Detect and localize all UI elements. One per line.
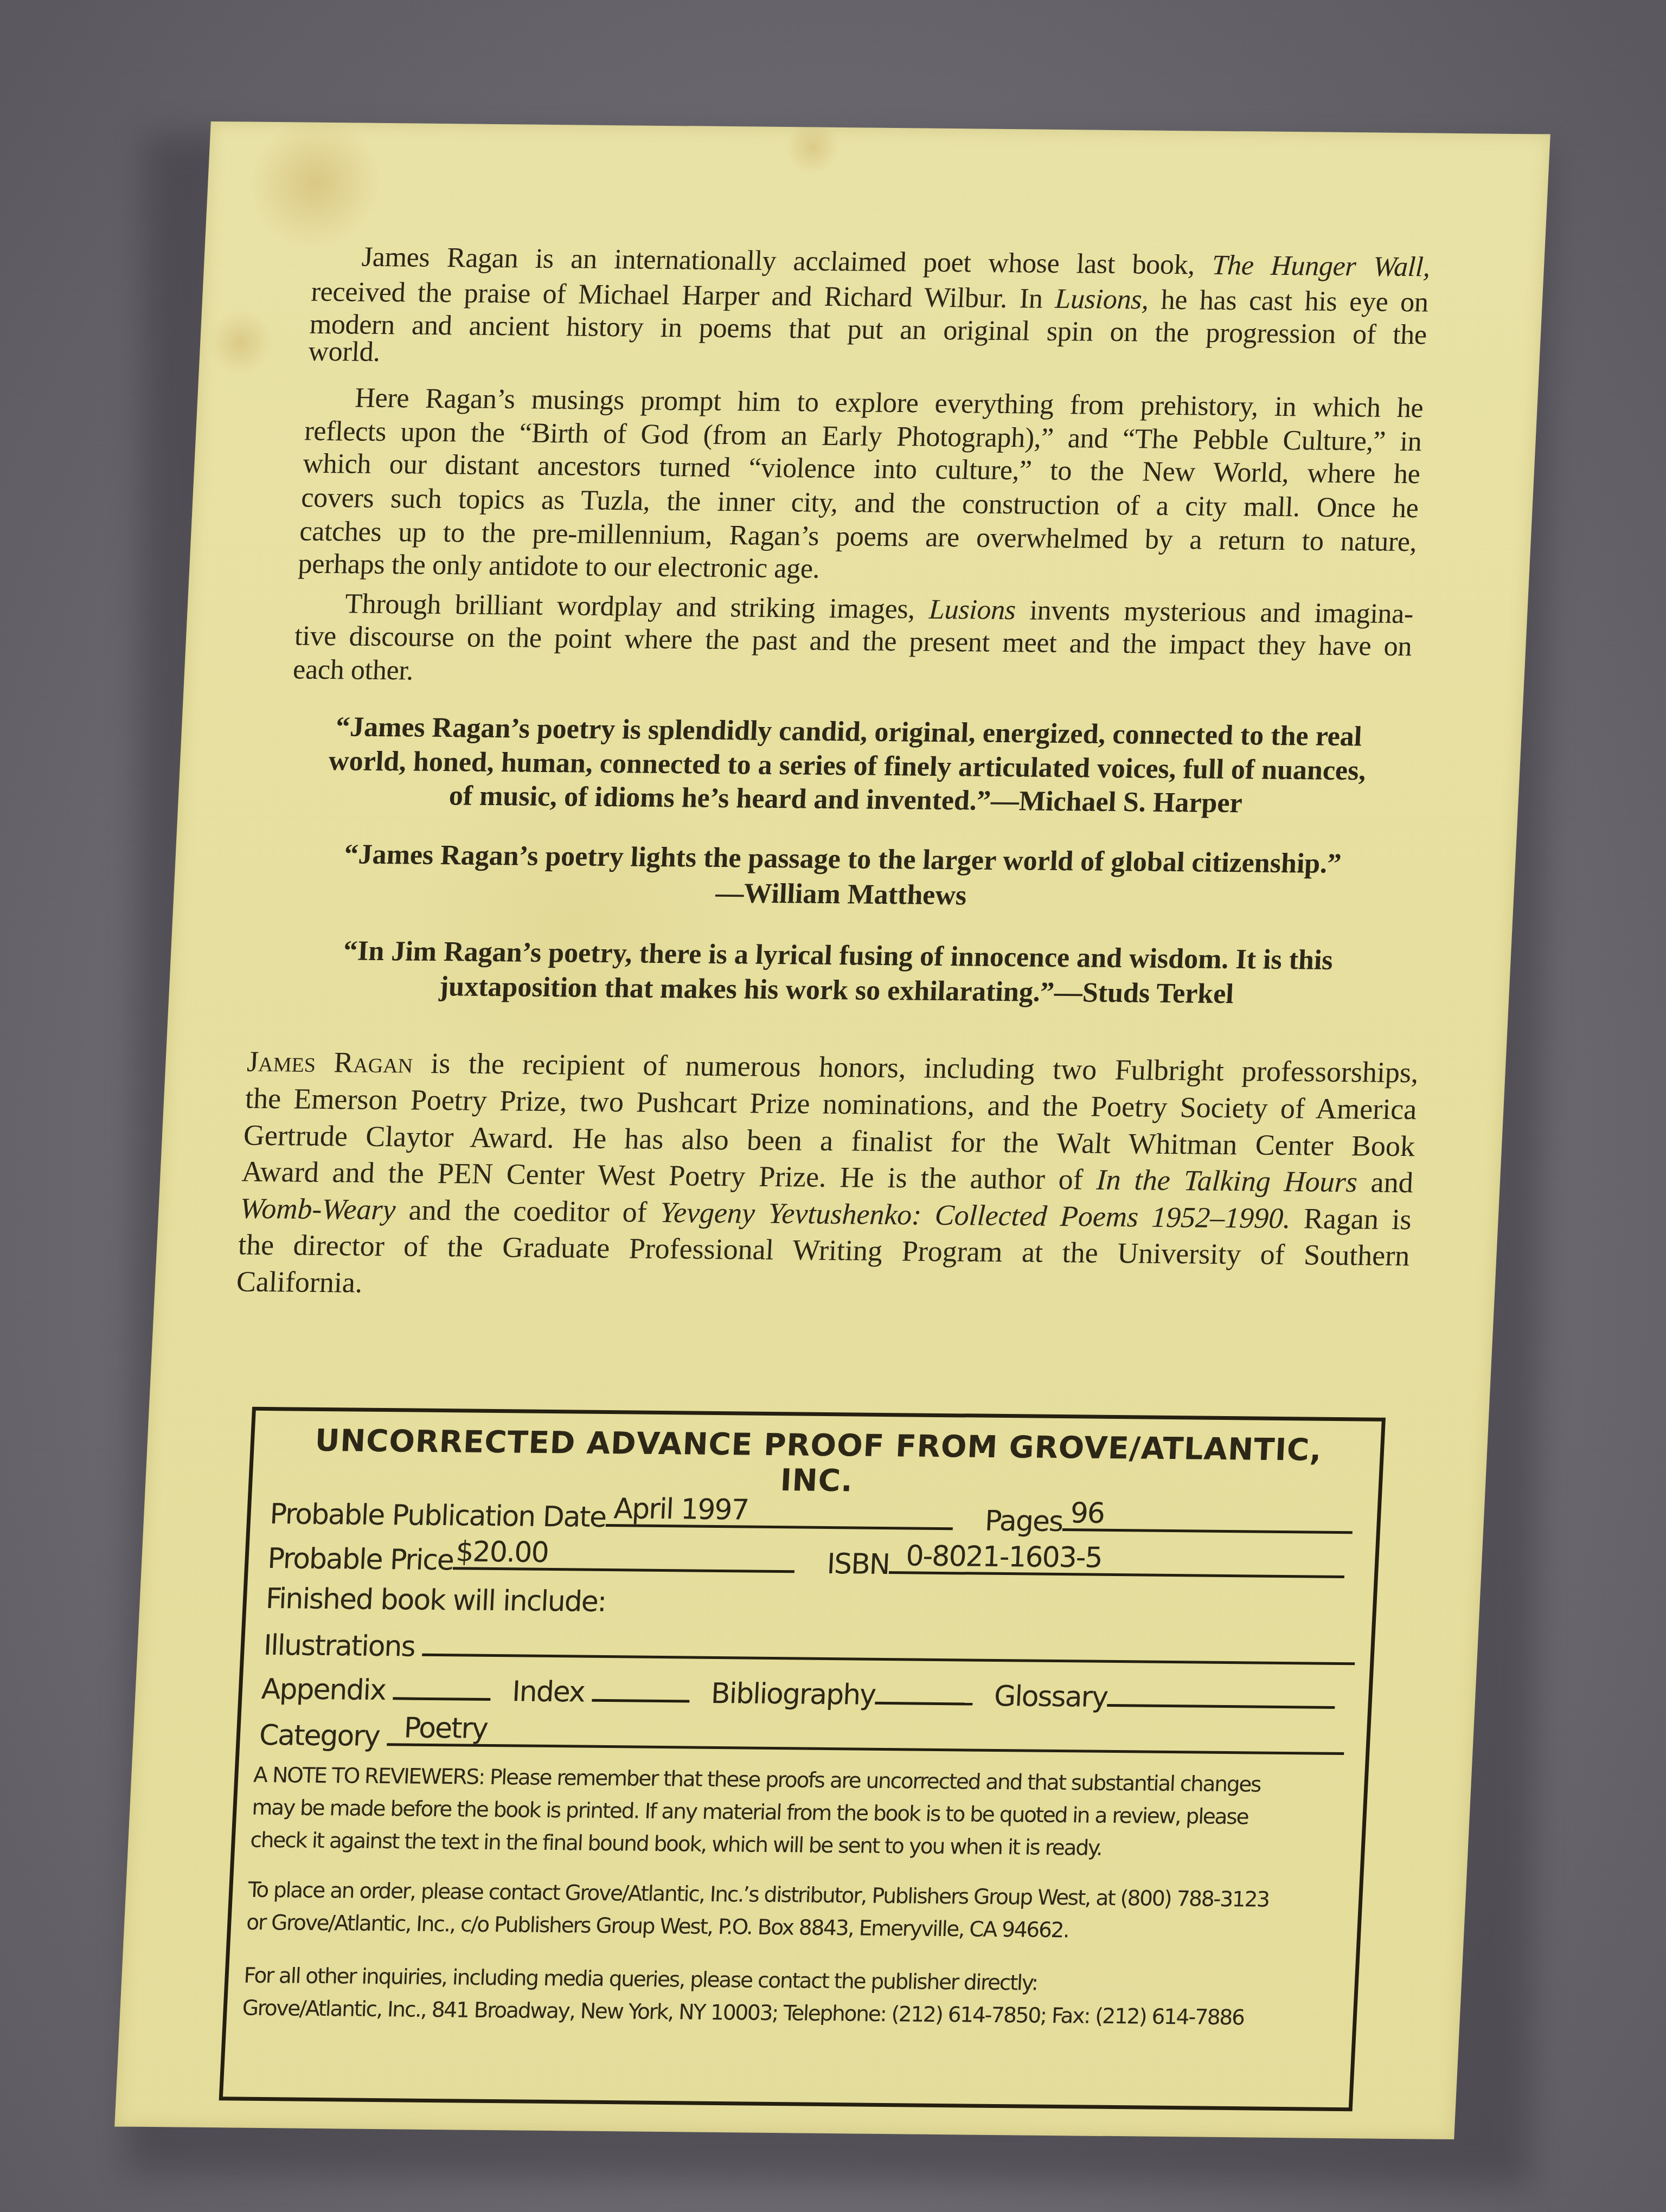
row-extras: Appendix Index Bibliography Glossary <box>261 1670 1336 1716</box>
blurb-line: —William Matthews <box>255 873 1428 916</box>
description-line: James Ragan is an internationally acclai… <box>361 241 1431 284</box>
category-field: Poetry <box>387 1717 1345 1755</box>
order-info-line: To place an order, please contact Grove/… <box>247 1878 1270 1912</box>
pages-value: 96 <box>1069 1497 1105 1530</box>
row-category: Category Poetry <box>259 1716 1345 1762</box>
inquiries-line: Grove/Atlantic, Inc., 841 Broadway, New … <box>242 1996 1245 2030</box>
proof-box-header: UNCORRECTED ADVANCE PROOF FROM GROVE/ATL… <box>284 1423 1350 1503</box>
finished-book-label: Finished book will include: <box>265 1583 607 1618</box>
row-illustrations: Illustrations <box>263 1626 1356 1672</box>
pages-label: Pages <box>984 1505 1063 1538</box>
publication-date-field: April 1997 <box>605 1498 954 1530</box>
reviewer-note-line: A NOTE TO REVIEWERS: Please remember tha… <box>253 1763 1261 1797</box>
isbn-value: 0-8021-1603-5 <box>905 1540 1103 1574</box>
isbn-field: 0-8021-1603-5 <box>889 1545 1346 1578</box>
index-field <box>592 1673 691 1703</box>
price-value: $20.00 <box>455 1535 549 1569</box>
appendix-label: Appendix <box>261 1673 387 1707</box>
row-price-isbn: Probable Price$20.00 ISBN0-8021-1603-5 <box>267 1539 1345 1585</box>
order-info-line: or Grove/Atlantic, Inc., c/o Publishers … <box>246 1911 1069 1943</box>
pages-field: 96 <box>1062 1502 1354 1534</box>
bibliography-label: Bibliography <box>710 1677 876 1712</box>
proof-info-box: UNCORRECTED ADVANCE PROOF FROM GROVE/ATL… <box>219 1407 1386 2112</box>
category-value: Poetry <box>403 1712 488 1745</box>
appendix-field <box>393 1671 492 1701</box>
isbn-label: ISBN <box>826 1548 890 1581</box>
glossary-label: Glossary <box>994 1680 1108 1714</box>
author-bio: James Ragan is the recipient of numerous… <box>211 121 1550 134</box>
book-back-cover: James Ragan is an internationally acclai… <box>114 121 1550 2139</box>
index-label: Index <box>511 1675 585 1708</box>
price-label: Probable Price <box>267 1542 454 1577</box>
illustrations-label: Illustrations <box>263 1629 415 1663</box>
reviewer-note-line: may be made before the book is printed. … <box>251 1796 1248 1830</box>
reviewer-note-line: check it against the text in the final b… <box>250 1828 1103 1861</box>
proof-notes: A NOTE TO REVIEWERS: Please remember tha… <box>256 1411 1382 1422</box>
bibliography-field <box>875 1676 974 1706</box>
inquiries-line: For all other inquiries, including media… <box>244 1964 1038 1996</box>
price-field: $20.00 <box>453 1541 796 1573</box>
bio-line: California. <box>236 1264 1409 1309</box>
description-block: James Ragan is an internationally acclai… <box>211 121 1550 134</box>
publication-date-label: Probable Publication Date <box>269 1498 606 1534</box>
glossary-field <box>1107 1678 1336 1709</box>
illustrations-field <box>422 1628 1356 1665</box>
blurbs-block: “James Ragan’s poetry is splendidly cand… <box>211 121 1550 134</box>
category-label: Category <box>259 1719 380 1753</box>
publication-date-value: April 1997 <box>613 1493 749 1526</box>
